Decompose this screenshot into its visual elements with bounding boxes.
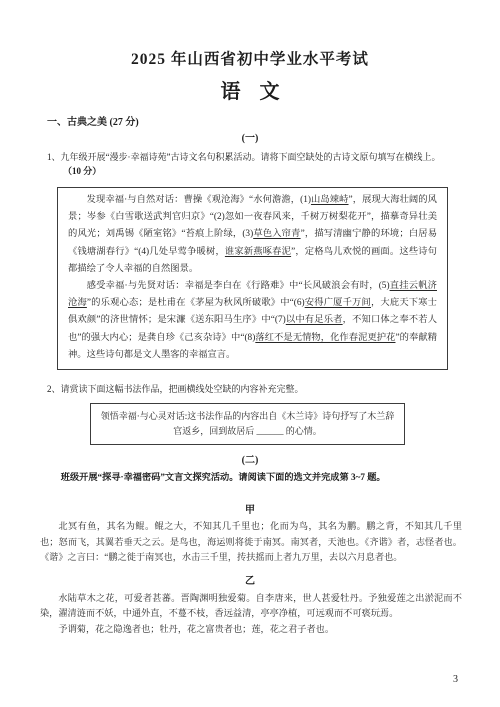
question-1-score: （10 分） [0, 164, 500, 178]
subject-title: 语 文 [0, 80, 500, 104]
part-two-label: (二) [0, 454, 500, 467]
question-1-number: 1、 [47, 152, 61, 162]
answer-underlined: 山岛竦峙 [311, 195, 349, 205]
section-one-heading: 一、古典之美 (27 分) [0, 116, 500, 129]
passage-jia-text: 北冥有鱼，其名为鲲。鲲之大，不知其几千里也；化而为鸟，其名为鹏。鹏之背，不知其几… [40, 519, 462, 566]
passage-yi-para2: 予谓菊，花之隐逸者也；牡丹，花之富贵者也；莲，花之君子者也。 [40, 622, 462, 638]
part-two-intro: 班级开展“探寻·幸福密码”文言文探究活动。请阅读下面的选文并完成第 3~7 题。 [0, 470, 500, 484]
passage-yi-para1: 水陆草木之花，可爱者甚蕃。晋陶渊明独爱菊。自李唐来，世人甚爱牡丹。予独爱莲之出淤… [40, 591, 462, 622]
page-number: 3 [453, 674, 458, 686]
passage-jia: 北冥有鱼，其名为鲲。鲲之大，不知其几千里也；化而为鸟，其名为鹏。鹏之背，不知其几… [0, 519, 500, 566]
answer-underlined: 落红不是无情物，化作春泥更护花 [255, 333, 395, 343]
text-segment: 发现幸福·与自然对话：曹操《观沧海》“水何澹澹，(1) [87, 195, 311, 205]
text-segment: 感受幸福·与先贤对话：幸福是李白在《行路难》中“长风破浪会有时，(5) [87, 281, 390, 291]
box1-paragraph-nature: 发现幸福·与自然对话：曹操《观沧海》“水何澹澹，(1)山岛竦峙”，展现大海壮阔的… [68, 192, 437, 278]
question-2: 2、请赏读下面这幅书法作品，把画横线处空缺的内容补充完整。 [0, 382, 500, 396]
answer-underlined: 谁家新燕啄春泥 [225, 247, 291, 257]
passage-yi: 水陆草木之花，可爱者甚蕃。晋陶渊明独爱菊。自李唐来，世人甚爱牡丹。予独爱莲之出淤… [0, 591, 500, 638]
question-2-text: 请赏读下面这幅书法作品，把画横线处空缺的内容补充完整。 [61, 384, 304, 394]
answer-underlined: 安得广厦千万间 [305, 298, 371, 308]
box2-text: 领悟幸福·与心灵对话:这书法作品的内容出自《木兰诗》诗句抒写了木兰辞官返乡，回到… [101, 411, 395, 436]
question-1: 1、九年级开展“漫步·幸福诗苑”古诗文名句积累活动。请将下面空缺处的古诗文原句填… [0, 150, 500, 164]
part-one-label: (一) [0, 132, 500, 145]
passage-yi-label: 乙 [0, 575, 500, 588]
answer-underlined: 草色入帘青 [253, 229, 300, 239]
exam-paper-page: 2025 年山西省初中学业水平考试 语 文 一、古典之美 (27 分) (一) … [0, 0, 500, 707]
box1-paragraph-sages: 感受幸福·与先贤对话：幸福是李白在《行路难》中“长风破浪会有时，(5)直挂云帆济… [68, 278, 437, 364]
poetry-fill-in-box: 发现幸福·与自然对话：曹操《观沧海》“水何澹澹，(1)山岛竦峙”，展现大海壮阔的… [57, 187, 448, 370]
text-segment: ”的乐观心态；是杜甫在《茅屋为秋风所破歌》中“(6) [87, 298, 305, 308]
question-1-text: 九年级开展“漫步·幸福诗苑”古诗文名句积累活动。请将下面空缺处的古诗文原句填写在… [61, 152, 441, 162]
question-2-number: 2、 [47, 384, 61, 394]
answer-underlined: 以中有足乐者 [286, 315, 343, 325]
exam-title: 2025 年山西省初中学业水平考试 [0, 0, 500, 70]
calligraphy-note-box: 领悟幸福·与心灵对话:这书法作品的内容出自《木兰诗》诗句抒写了木兰辞官返乡，回到… [90, 403, 405, 445]
passage-jia-label: 甲 [0, 504, 500, 517]
